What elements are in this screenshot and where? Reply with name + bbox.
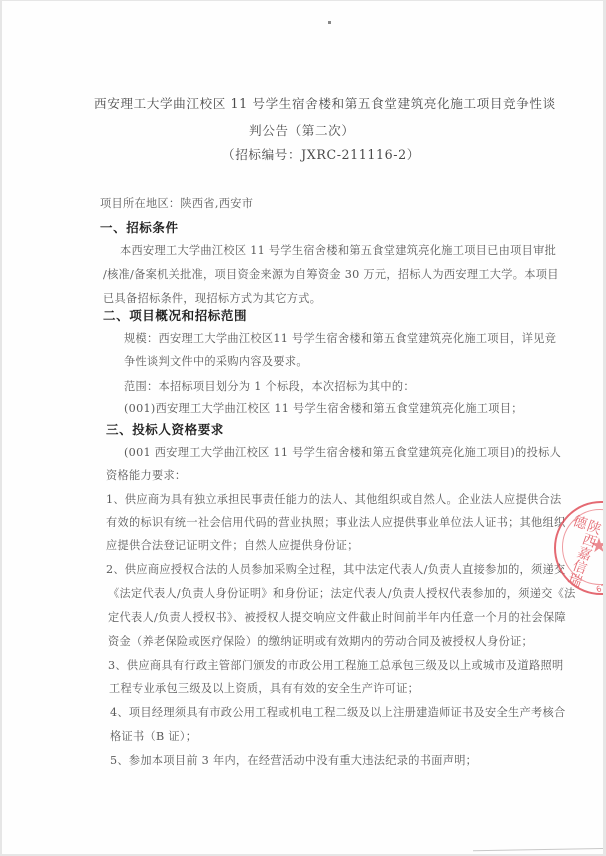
section-1-line: /核准/备案机关批准，项目资金来源为自筹资金 30 万元，招标人为西安理工大学。… <box>103 268 559 282</box>
section-3-line: 资格能力要求： <box>106 469 186 483</box>
section-3-line: 1、供应商为具有独立承担民事责任能力的法人、其他组织或自然人。企业法人应提供合法 <box>106 493 561 507</box>
section-3-heading: 三、投标人资格要求 <box>106 423 224 437</box>
section-2-line: (001)西安理工大学曲江校区 11 号学生宿舍楼和第五食堂建筑亮化施工项目； <box>124 402 523 416</box>
page-curl-edge <box>473 848 603 854</box>
section-1-line: 本西安理工大学曲江校区 11 号学生宿舍楼和第五食堂建筑亮化施工项目已由项目审批 <box>120 244 556 258</box>
section-3-line: (001 西安理工大学曲江校区 11 号学生宿舍楼和第五食堂建筑亮化施工项目)的… <box>124 446 561 460</box>
section-2-line: 范围：本招标项目划分为 1 个标段，本次招标为其中的： <box>124 380 415 394</box>
section-1-heading: 一、招标条件 <box>100 221 179 235</box>
project-region: 项目所在地区：陕西省,西安市 <box>100 197 253 211</box>
section-3-line: 资金（养老保险或医疗保险）的缴纳证明或有效期内的劳动合同及被授权人身份证； <box>108 635 533 649</box>
document-page: 西安理工大学曲江校区 11 号学生宿舍楼和第五食堂建筑亮化施工项目竞争性谈 判公… <box>2 1 603 854</box>
section-3-line: 工程专业承包三级及以上资质，具有有效的安全生产许可证； <box>109 682 419 696</box>
bid-number: （招标编号：JXRC-211116-2） <box>222 148 420 162</box>
section-3-line: 5、参加本项目前 3 年内，在经营活动中没有重大违法纪录的书面声明； <box>110 754 477 768</box>
section-2-heading: 二、项目概况和招标范围 <box>103 309 247 323</box>
section-3-line: 有效的标识有统一社会信用代码的营业执照；事业法人应提供事业单位法人证书；其他组织 <box>106 516 566 530</box>
scan-speck <box>328 21 331 24</box>
section-2-line: 规模：西安理工大学曲江校区11 号学生宿舍楼和第五食堂建筑亮化施工项目，详见竞 <box>124 332 556 346</box>
section-3-line: 4、项目经理须具有市政公用工程或机电工程二级及以上注册建造师证书及安全生产考核合 <box>110 706 565 720</box>
title-line-2: 判公告（第二次） <box>249 124 355 138</box>
section-3-line: 《法定代表人/负责人身份证明》和身份证；法定代表人/负责人授权代表参加的，须递交… <box>108 587 576 601</box>
section-3-line: 2、供应商应授权合法的人员参加采购全过程，其中法定代表人/负责人直接参加的，须递… <box>106 563 566 577</box>
section-1-line: 已具备招标条件，现招标方式为其它方式。 <box>103 292 321 306</box>
section-3-line: 定代表人/负责人授权书》、被授权人提交响应文件截止时间前半年内任意一个月的社会保… <box>108 611 566 625</box>
title-line-1: 西安理工大学曲江校区 11 号学生宿舍楼和第五食堂建筑亮化施工项目竞争性谈 <box>94 97 556 111</box>
section-3-line: 3、供应商具有行政主管部门颁发的市政公用工程施工总承包三级及以上或城市及道路照明 <box>108 659 563 673</box>
section-2-line: 争性谈判文件中的采购内容及要求。 <box>124 355 308 369</box>
section-3-line: 应提供合法登记证明文件；自然人应提供身份证； <box>106 539 359 553</box>
section-3-line: 格证书（B 证）； <box>110 730 197 744</box>
